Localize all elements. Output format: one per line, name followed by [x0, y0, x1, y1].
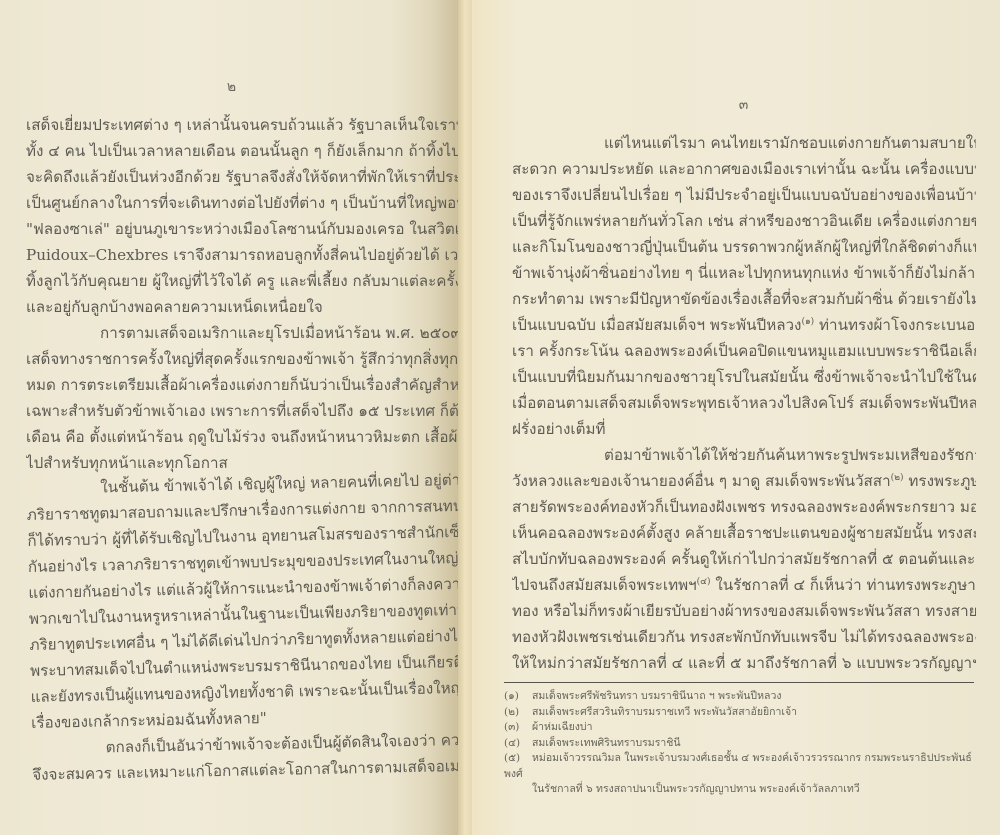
- text-line: ทิ้งลูกไว้กับคุณยาย ผู้ใหญ่ที่ไว้ใจได้ ค…: [26, 268, 458, 294]
- text-line-with-footnote: ไปจนถึงสมัยสมเด็จพระเทพฯ(๔) ในรัชกาลที่ …: [512, 572, 976, 598]
- right-page-body: แต่ไหนแต่ไรมา คนไทยเรามักชอบแต่งกายกันตา…: [512, 130, 976, 676]
- text-segment: เห็นคอฉลองพระองค์ตั้งสูง คล้ายเสื้อราชปะ…: [512, 524, 976, 542]
- text-line: เป็นที่รู้จักแพร่หลายกันทั่วโลก เช่น ส่า…: [512, 208, 976, 234]
- book-gutter: [458, 0, 472, 835]
- footnote-continuation: ในรัชกาลที่ ๖ ทรงสถาปนาเป็นพระวรกัญญาปทา…: [504, 782, 976, 798]
- text-line: สะดวก ความประหยัด และอากาศของเมืองเราเท่…: [512, 156, 976, 182]
- footnote-ref-4[interactable]: (๔): [697, 577, 711, 587]
- text-line: ฝรั่งอย่างเต็มที่: [512, 416, 976, 442]
- left-page-body: เสด็จเยี่ยมประเทศต่าง ๆ เหล่านั้นจนครบถ้…: [26, 112, 458, 788]
- left-page-lower-curved: ในชั้นต้น ข้าพเจ้าได้ เชิญผู้ใหญ่ หลายคน…: [26, 467, 458, 788]
- text-line: ของเราจึงเปลี่ยนไปเรื่อย ๆ ไม่มีประจำอยู…: [512, 182, 976, 208]
- text-segment: ไปจนถึงสมัยสมเด็จพระเทพฯ: [512, 576, 697, 594]
- text-line: เสด็จเยี่ยมประเทศต่าง ๆ เหล่านั้นจนครบถ้…: [26, 112, 458, 138]
- footnote-text: สมเด็จพระศรีสวรินทิราบรมราชเทวี พระพันวั…: [532, 706, 797, 718]
- text-line: เป็นแบบที่นิยมกันมากของชาวยุโรปในสมัยนั้…: [512, 364, 976, 390]
- text-segment: ให้ใหม่กว่าสมัยรัชกาลที่ ๔ และที่ ๕ มาถึ…: [512, 654, 976, 672]
- footnote-ref-1[interactable]: (๑): [801, 317, 814, 327]
- text-line: ทองหัวฝังเพชรเช่นเดียวกัน ทรงสะพักบักทับ…: [512, 624, 976, 650]
- text-segment: วังหลวงและของเจ้านายองค์อื่น ๆ มาดู สมเด…: [512, 472, 891, 490]
- text-line: เสด็จทางราชการครั้งใหญ่ที่สุดครั้งแรกของ…: [26, 346, 458, 372]
- text-segment: ทรงพระภูษาเยียรบับจีบ: [904, 472, 976, 490]
- footnote-2: (๒)สมเด็จพระศรีสวรินทิราบรมราชเทวี พระพั…: [504, 705, 976, 721]
- text-segment: ในรัชกาลที่ ๔ ก็เห็นว่า ท่านทรงพระภูษาจี…: [711, 576, 977, 594]
- left-page: ๒ เสด็จเยี่ยมประเทศต่าง ๆ เหล่านั้นจนครบ…: [0, 0, 458, 835]
- text-line: ทอง หรือไม่ก็ทรงผ้าเยียรบับอย่างผ้าทรงขอ…: [512, 598, 976, 624]
- right-page-number: ๓: [512, 94, 976, 116]
- paragraph-start: การตามเสด็จอเมริกาและยุโรปเมื่อหน้าร้อน …: [26, 320, 458, 346]
- text-line: เป็นศูนย์กลางในการที่จะเดินทางต่อไปยังที…: [26, 190, 458, 216]
- footnote-divider: [504, 682, 974, 683]
- text-line-with-footnote: ให้ใหม่กว่าสมัยรัชกาลที่ ๔ และที่ ๕ มาถึ…: [512, 650, 976, 676]
- text-line: เมื่อตอนตามเสด็จสมเด็จพระพุทธเจ้าหลวงไปส…: [512, 390, 976, 416]
- text-line: จะคิดถึงแล้วยังเป็นห่วงอีกด้วย รัฐบาลจึง…: [26, 164, 458, 190]
- text-line: "ฟลองซาเล่" อยู่บนภูเขาระหว่างเมืองโลซาน…: [26, 216, 458, 242]
- footnote-text: สมเด็จพระเทพศิรินทราบรมราชินี: [532, 737, 681, 749]
- footnote-3: (๓)ผ้าห่มเฉียงบ่า: [504, 720, 976, 736]
- footnote-text: ผ้าห่มเฉียงบ่า: [532, 721, 592, 733]
- footnote-5: (๕)หม่อมเจ้าวรรณวิมล ในพระเจ้าบรมวงศ์เธอ…: [504, 751, 976, 798]
- text-line: และอยู่กับลูกบ้างพอคลายความเหน็ดเหนื่อยใ…: [26, 294, 458, 320]
- footnote-text: หม่อมเจ้าวรรณวิมล ในพระเจ้าบรมวงศ์เธอชั้…: [504, 752, 972, 780]
- footnote-marker: (๕): [504, 751, 532, 767]
- text-line: เฉพาะสำหรับตัวข้าพเจ้าเอง เพราะการที่เสด…: [26, 398, 458, 424]
- footnote-marker: (๔): [504, 736, 532, 752]
- footnote-4: (๔)สมเด็จพระเทพศิรินทราบรมราชินี: [504, 736, 976, 752]
- text-line: ข้าพเจ้านุ่งผ้าซิ่นอย่างไทย ๆ นี่แหละไปท…: [512, 260, 976, 286]
- text-line-with-footnote: เป็นแบบฉบับ เมื่อสมัยสมเด็จฯ พระพันปีหลว…: [512, 312, 976, 338]
- text-line: และกิโมโนของชาวญี่ปุ่นเป็นต้น บรรดาพวกผู…: [512, 234, 976, 260]
- text-line: หมด การตระเตรียมเสื้อผ้าเครื่องแต่งกายก็…: [26, 372, 458, 398]
- text-line-with-footnote: วังหลวงและของเจ้านายองค์อื่น ๆ มาดู สมเด…: [512, 468, 976, 494]
- open-book: ๒ เสด็จเยี่ยมประเทศต่าง ๆ เหล่านั้นจนครบ…: [0, 0, 1000, 835]
- text-line: สายรัดพระองค์ทองหัวก็เป็นทองฝังเพชร ทรงฉ…: [512, 494, 976, 520]
- text-line: เรา ครั้งกระโน้น ฉลองพระองค์เป็นคอปิดแขน…: [512, 338, 976, 364]
- footnote-text: สมเด็จพระศรีพัชรินทรา บรมราชินีนาถ ฯ พระ…: [532, 690, 781, 702]
- text-line: กระทำตาม เพราะมีปัญหาขัดข้องเรื่องเสื้อท…: [512, 286, 976, 312]
- text-line-with-footnote: เห็นคอฉลองพระองค์ตั้งสูง คล้ายเสื้อราชปะ…: [512, 520, 976, 546]
- text-segment: ท่านทรงผ้าโจงกระเบนอย่างไทย ๆ: [814, 316, 976, 334]
- text-line: ทั้ง ๔ คน ไปเป็นเวลาหลายเดือน ตอนนั้นลูก…: [26, 138, 458, 164]
- text-line: สไบบักทับฉลองพระองค์ ครั้นดูให้เก่าไปกว่…: [512, 546, 976, 572]
- footnote-marker: (๒): [504, 705, 532, 721]
- text-line: Puidoux–Chexbres เราจึงสามารถหอบลูกทั้งส…: [26, 242, 458, 268]
- footnote-1: (๑)สมเด็จพระศรีพัชรินทรา บรมราชินีนาถ ฯ …: [504, 689, 976, 705]
- paragraph-start: แต่ไหนแต่ไรมา คนไทยเรามักชอบแต่งกายกันตา…: [512, 130, 976, 156]
- footnote-ref-2[interactable]: (๒): [891, 473, 904, 483]
- right-page: ๓ แต่ไหนแต่ไรมา คนไทยเรามักชอบแต่งกายกัน…: [472, 0, 1000, 835]
- footnote-marker: (๑): [504, 689, 532, 705]
- text-line: เดือน คือ ตั้งแต่หน้าร้อน ฤดูใบไม้ร่วง จ…: [26, 424, 458, 450]
- paragraph-start: ต่อมาข้าพเจ้าได้ให้ช่วยกันค้นหาพระรูปพระ…: [512, 442, 976, 468]
- text-segment: เป็นแบบฉบับ เมื่อสมัยสมเด็จฯ พระพันปีหลว…: [512, 316, 801, 334]
- text-line: แต่ไหนแต่ไรมา คนไทยเรามักชอบแต่งกายกันตา…: [604, 134, 976, 152]
- footnotes: (๑)สมเด็จพระศรีพัชรินทรา บรมราชินีนาถ ฯ …: [504, 689, 976, 798]
- left-page-number: ๒: [6, 76, 458, 98]
- footnote-marker: (๓): [504, 720, 532, 736]
